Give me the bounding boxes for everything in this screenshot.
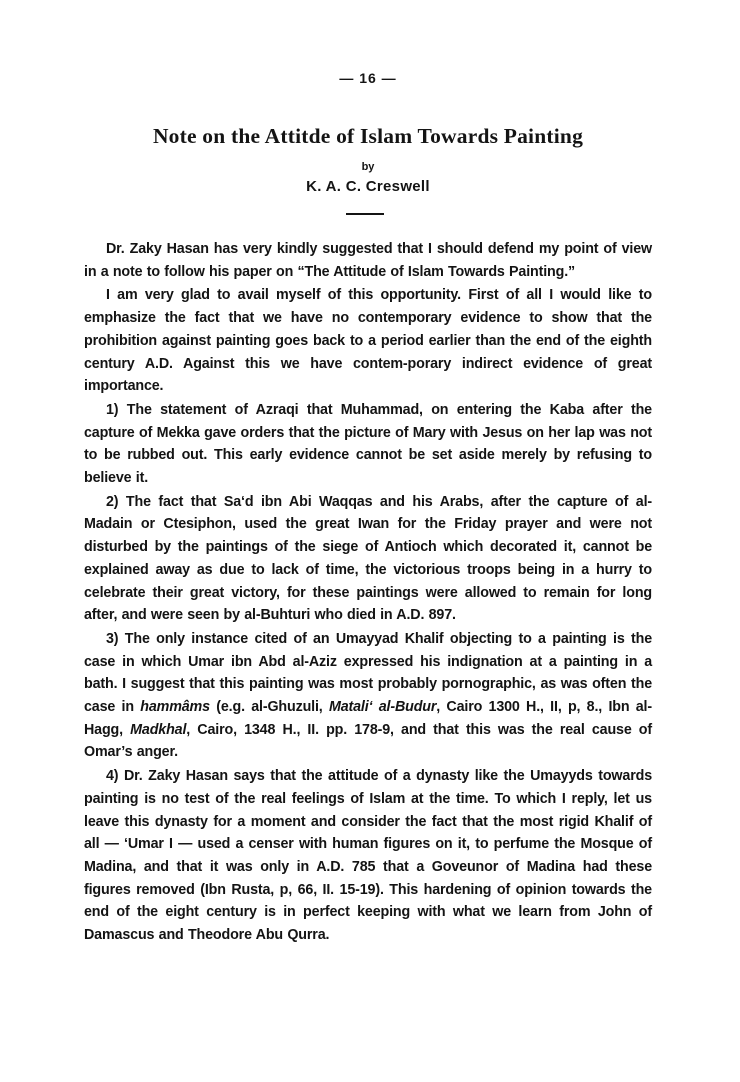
paragraph-text: Dr. Zaky Hasan has very kindly suggested… <box>84 241 652 280</box>
author-name: K. A. C. Creswell <box>84 178 652 195</box>
article-title: Note on the Attitde of Islam Towards Pai… <box>84 124 652 149</box>
body-paragraph: 2) The fact that Sa‘d ibn Abi Waqqas and… <box>84 491 652 627</box>
body-paragraph: 1) The statement of Azraqi that Muhammad… <box>84 399 652 490</box>
italic-citation: Madkhal <box>130 722 186 738</box>
paragraph-text: 2) The fact that Sa‘d ibn Abi Waqqas and… <box>84 494 652 624</box>
page-number: — 16 — <box>84 70 652 86</box>
byline-prefix: by <box>84 161 652 173</box>
paragraph-text: I am very glad to avail myself of this o… <box>84 287 652 394</box>
body-paragraph: I am very glad to avail myself of this o… <box>84 284 652 398</box>
italic-citation: hammâms <box>140 699 210 715</box>
paragraph-text: (e.g. al-Ghuzuli, <box>210 699 329 715</box>
body-paragraph: 4) Dr. Zaky Hasan says that the attitude… <box>84 765 652 947</box>
body-paragraph: Dr. Zaky Hasan has very kindly suggested… <box>84 238 652 283</box>
article-body: Dr. Zaky Hasan has very kindly suggested… <box>84 238 652 947</box>
paragraph-text: 1) The statement of Azraqi that Muhammad… <box>84 402 652 486</box>
paragraph-text: 4) Dr. Zaky Hasan says that the attitude… <box>84 768 652 943</box>
body-paragraph: 3) The only instance cited of an Umayyad… <box>84 628 652 764</box>
italic-citation: Matali‘ al-Budur <box>329 699 436 715</box>
title-divider <box>346 213 384 215</box>
